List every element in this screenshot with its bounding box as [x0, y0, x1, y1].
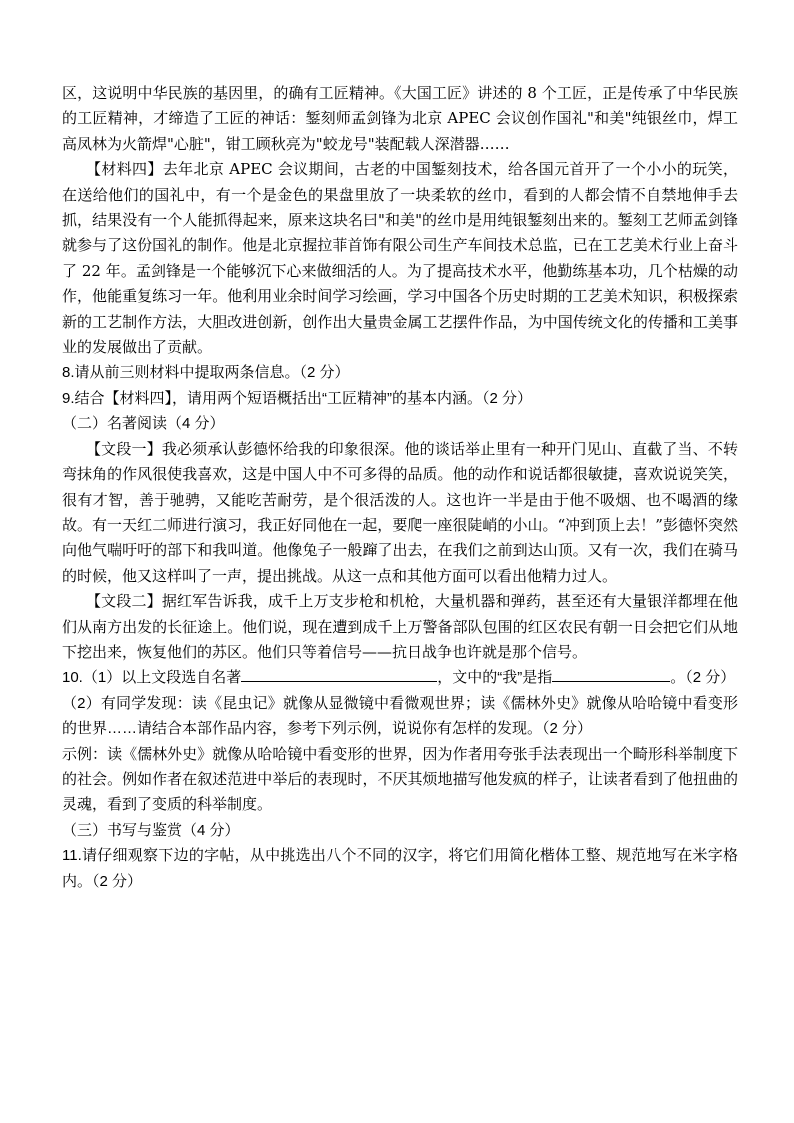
paragraph-material4: 【材料四】去年北京 APEC 会议期间，古老的中国錾刻技术，给各国元首开了一个小… [62, 157, 738, 360]
question-11: 11.请仔细观察下边的字帖，从中挑选出八个不同的汉字，将它们用简化楷体工整、规范… [62, 843, 738, 894]
paragraph-passage-2: 【文段二】据红军告诉我，成千上万支步枪和机枪，大量机器和弹药，甚至还有大量银洋都… [62, 589, 738, 665]
question-10-part-1: 10.（1）以上文段选自名著，文中的“我”是指。（2 分） [62, 665, 738, 690]
section-heading-2-famous-works-reading: （二）名著阅读（4 分） [62, 411, 738, 436]
answer-blank-narrator [552, 681, 670, 682]
paragraph-material3-continuation: 区，这说明中华民族的基因里，的确有工匠精神。《大国工匠》讲述的 8 个工匠，正是… [62, 81, 738, 157]
question-8: 8.请从前三则材料中提取两条信息。（2 分） [62, 360, 738, 385]
exam-paper-page: 区，这说明中华民族的基因里，的确有工匠精神。《大国工匠》讲述的 8 个工匠，正是… [0, 0, 794, 1123]
paragraph-passage-1: 【文段一】我必须承认彭德怀给我的印象很深。他的谈话举止里有一种开门见山、直截了当… [62, 437, 738, 589]
question-10-part-2: （2）有同学发现：读《昆虫记》就像从显微镜中看微观世界；读《儒林外史》就像从哈哈… [62, 691, 738, 742]
exam-page-content: 区，这说明中华民族的基因里，的确有工匠精神。《大国工匠》讲述的 8 个工匠，正是… [62, 81, 738, 894]
section-heading-3-writing-appreciation: （三）书写与鉴赏（4 分） [62, 818, 738, 843]
question-10-mid: ，文中的“我”是指 [437, 669, 552, 686]
question-9: 9.结合【材料四】，请用两个短语概括出“工匠精神”的基本内涵。（2 分） [62, 386, 738, 411]
question-10-prefix: 10.（1）以上文段选自名著 [62, 669, 241, 686]
answer-blank-book-title [241, 681, 437, 682]
example-answer-text: 示例：读《儒林外史》就像从哈哈镜中看变形的世界，因为作者用夸张手法表现出一个畸形… [62, 742, 738, 818]
question-10-suffix: 。（2 分） [670, 669, 735, 686]
